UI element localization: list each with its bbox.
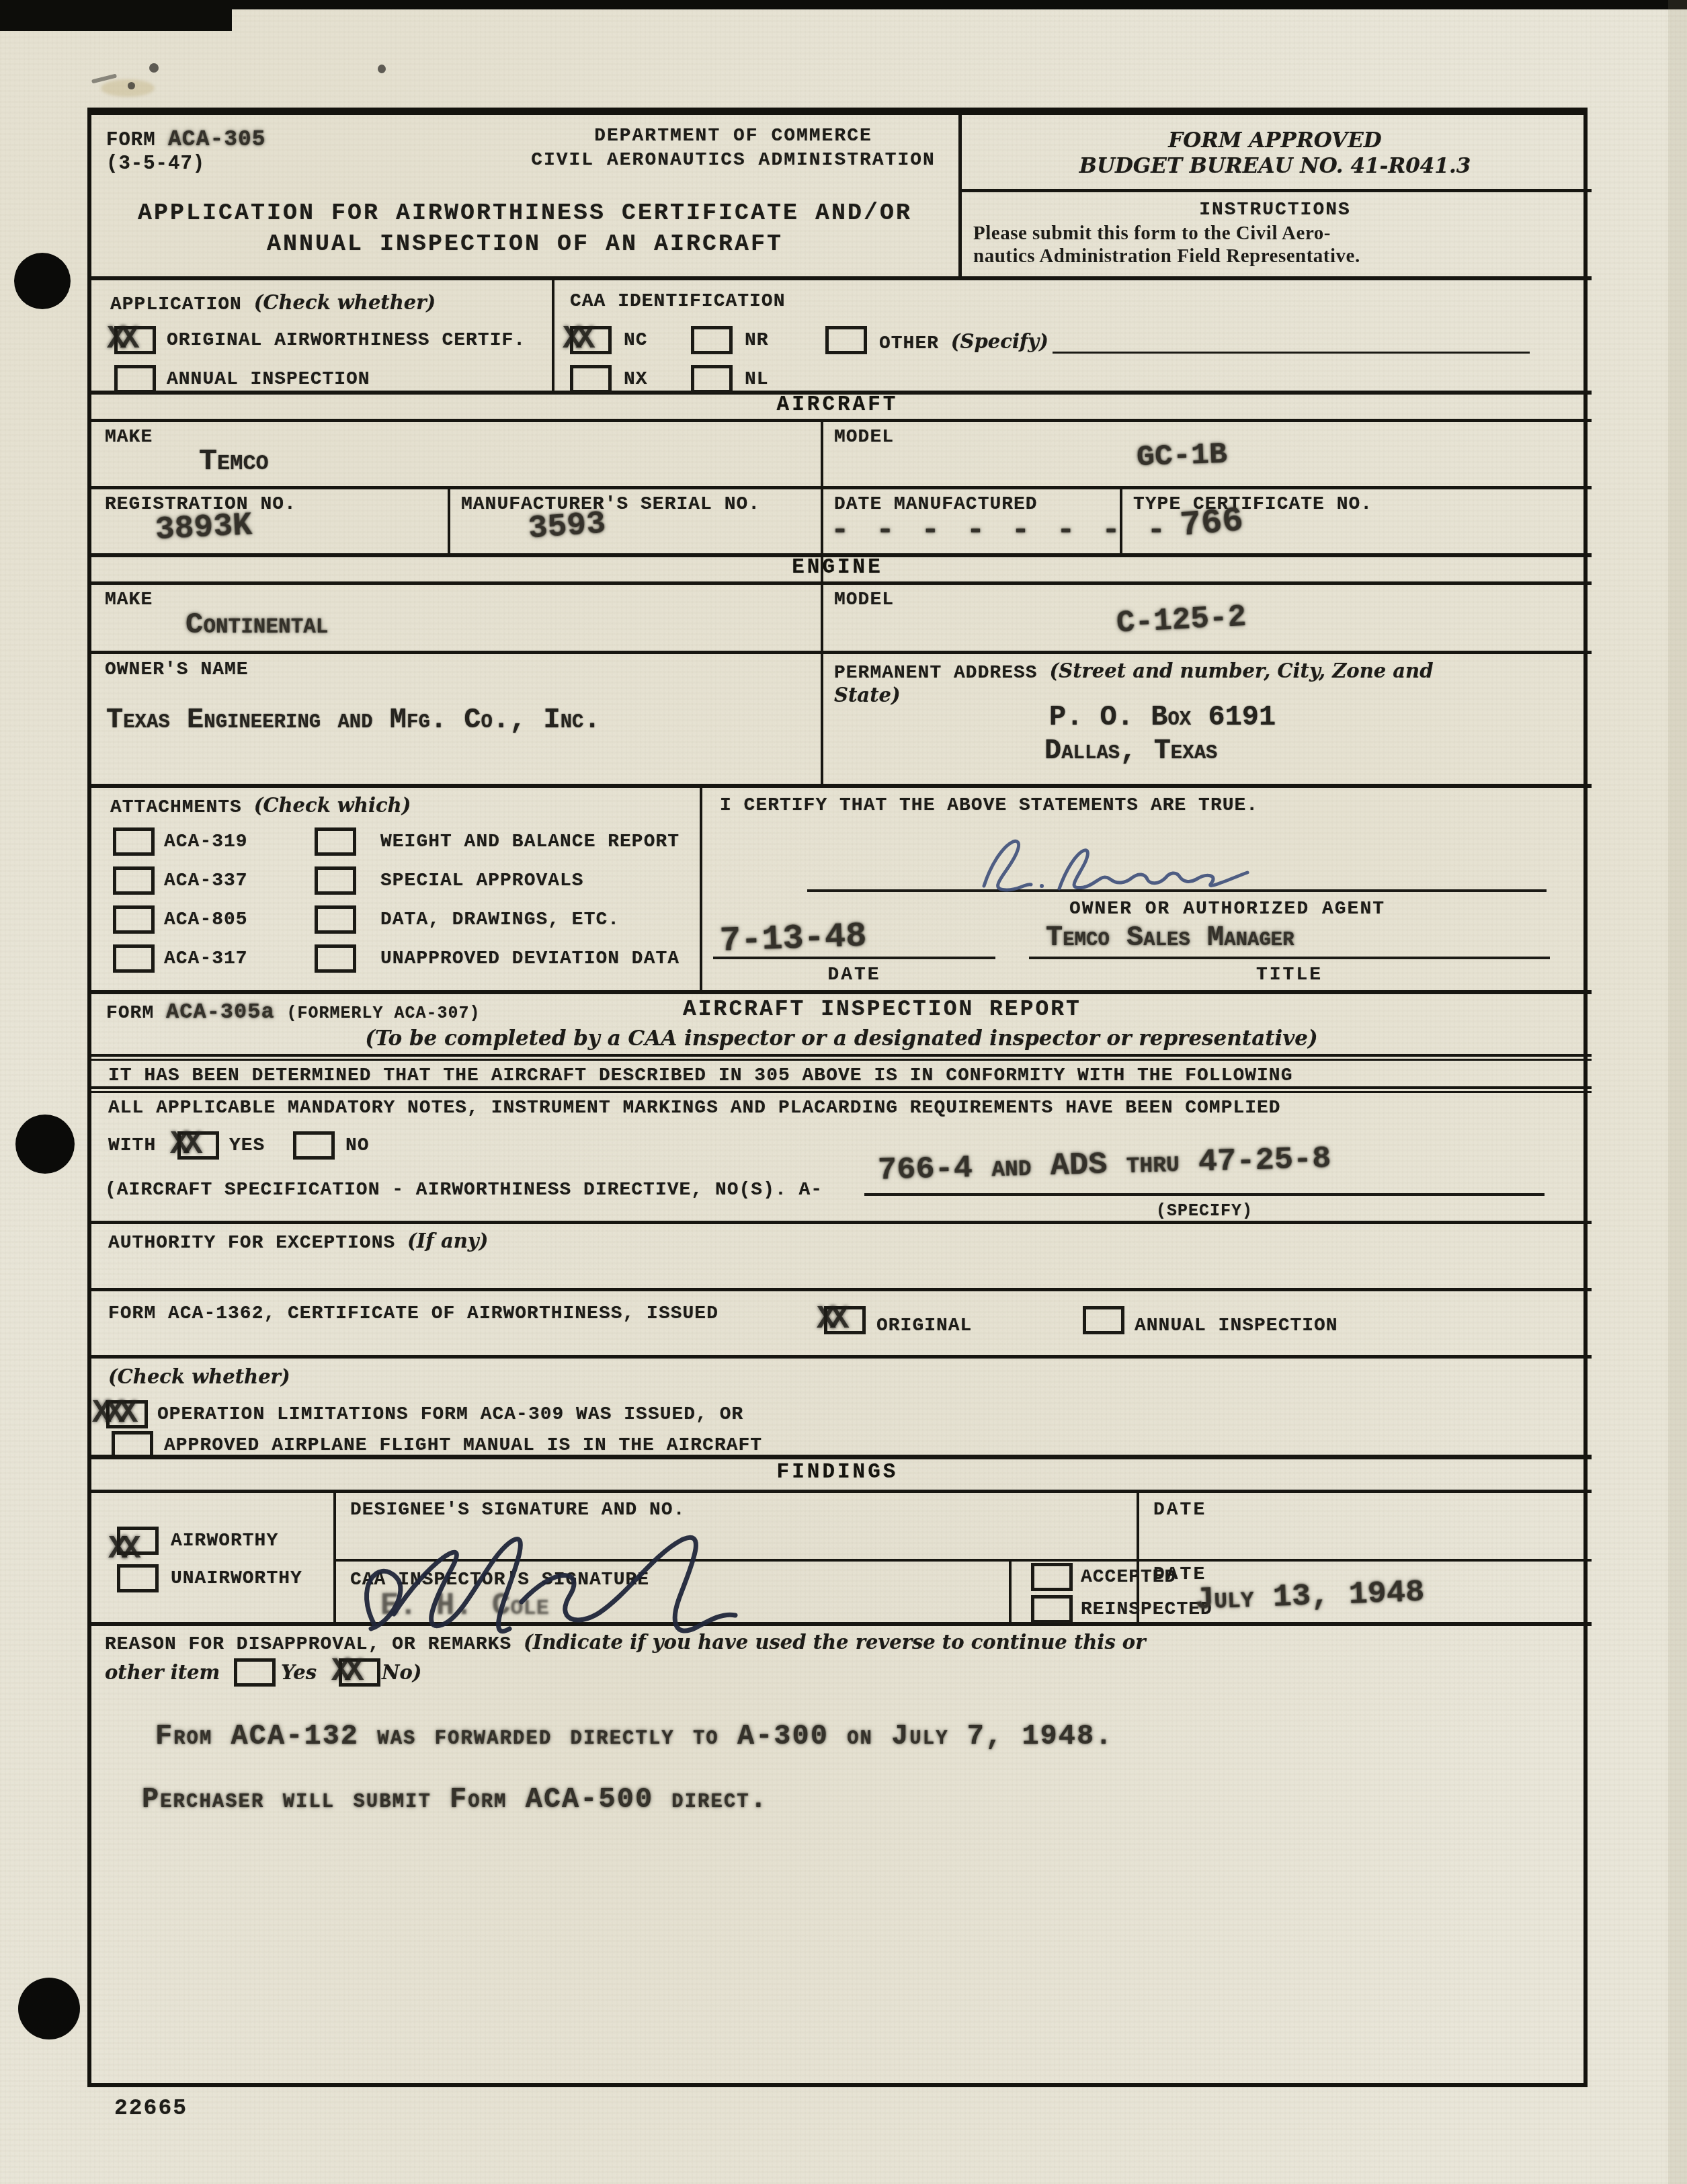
form-prefix-label: FORM xyxy=(106,129,156,151)
engine-make-label: MAKE xyxy=(105,590,153,610)
original-airworthiness-label: ORIGINAL AIRWORTHINESS CERTIF. xyxy=(167,330,526,351)
instructions-line2: nautics Administration Field Representat… xyxy=(973,245,1360,268)
op-limit-checkmark: XXX xyxy=(92,1396,132,1432)
nl-checkbox xyxy=(691,365,733,393)
aca-805-checkbox xyxy=(113,905,155,934)
remarks-yes-checkbox xyxy=(234,1658,276,1687)
findings-top-rule xyxy=(91,1455,1592,1459)
report-double-rule-b xyxy=(91,1059,1592,1061)
owner-address-line1: P. O. Box 6191 xyxy=(1049,701,1276,733)
aircraft-make-label: MAKE xyxy=(105,427,153,448)
date-mfg-value: - - - - - - - - xyxy=(831,513,1169,548)
authority-label: AUTHORITY FOR EXCEPTIONS xyxy=(108,1233,395,1254)
remarks-no-label: No) xyxy=(382,1661,422,1684)
remarks-body-line2: Perchaser will submit Form ACA-500 direc… xyxy=(142,1783,768,1816)
other-specify-line xyxy=(1053,352,1530,354)
other-checkbox xyxy=(825,326,867,354)
original-airworthiness-checkmark: XX xyxy=(107,321,134,358)
determined-statement: IT HAS BEEN DETERMINED THAT THE AIRCRAFT… xyxy=(108,1065,1292,1086)
weight-balance-label: WEIGHT AND BALANCE REPORT xyxy=(380,832,680,852)
aca-337-label: ACA-337 xyxy=(164,871,248,891)
other-label: OTHER xyxy=(879,333,939,354)
aircraft-make-value: Temco xyxy=(199,444,269,479)
airworthy-checkmark: XX xyxy=(108,1531,135,1568)
form-title-line1: APPLICATION FOR AIRWORTHINESS CERTIFICAT… xyxy=(91,200,958,227)
nl-label: NL xyxy=(745,369,769,390)
report-subtitle: (To be completed by a CAA inspector or a… xyxy=(91,1026,1592,1051)
pencil-dot-2 xyxy=(128,82,135,89)
form-border: FORM ACA-305 (3-5-47) DEPARTMENT OF COMM… xyxy=(87,108,1588,2087)
owner-address-label-italic2: State) xyxy=(834,684,901,706)
aca-317-label: ACA-317 xyxy=(164,948,248,969)
department-line1: DEPARTMENT OF COMMERCE xyxy=(508,126,958,147)
special-approvals-checkbox xyxy=(315,866,356,895)
check-whether-label: (Check whether) xyxy=(108,1365,290,1388)
report-formerly: (FORMERLY ACA-307) xyxy=(286,1004,480,1023)
owner-name-label: OWNER'S NAME xyxy=(105,659,249,680)
department-line2: CIVIL AERONAUTICS ADMINISTRATION xyxy=(508,150,958,171)
report-double-rule-a xyxy=(91,1054,1592,1057)
annual-inspection-label: ANNUAL INSPECTION xyxy=(167,369,370,390)
check-whether-top-rule xyxy=(91,1355,1592,1359)
instructions-line1: Please submit this form to the Civil Aer… xyxy=(973,223,1331,245)
aca-319-label: ACA-319 xyxy=(164,832,248,852)
application-divider xyxy=(552,276,554,391)
aca-319-checkbox xyxy=(113,827,155,856)
serial-value: 3593 xyxy=(527,506,607,548)
owner-signature xyxy=(958,824,1268,905)
aircraft-section-title: AIRCRAFT xyxy=(91,393,1583,417)
aca-805-label: ACA-805 xyxy=(164,909,248,930)
punch-hole-bottom xyxy=(18,1978,80,2039)
annual-inspection-checkbox xyxy=(114,365,156,393)
certify-title-value: Temco Sales Manager xyxy=(1046,922,1294,954)
weight-balance-checkbox xyxy=(315,827,356,856)
airworthy-checkbox: XX xyxy=(117,1527,159,1555)
report-form-block: FORM ACA-305a (FORMERLY ACA-307) xyxy=(106,1000,481,1024)
registration-value: 3893K xyxy=(155,508,253,549)
certify-date-label: DATE xyxy=(713,965,995,985)
aca-337-checkbox xyxy=(113,866,155,895)
engine-section-title: ENGINE xyxy=(91,556,1583,579)
aircraft-model-value: GC-1B xyxy=(1136,438,1228,475)
registration-divider-1 xyxy=(448,486,450,553)
aca1362-label: FORM ACA-1362, CERTIFICATE OF AIRWORTHIN… xyxy=(108,1303,718,1324)
nc-checkbox: XX xyxy=(570,326,612,354)
aca-317-checkbox xyxy=(113,944,155,973)
aircraft-center-divider xyxy=(821,419,823,784)
remarks-no-checkbox: XX xyxy=(339,1658,380,1687)
applicable-statement: ALL APPLICABLE MANDATORY NOTES, INSTRUME… xyxy=(108,1098,1281,1119)
application-label: APPLICATION xyxy=(110,294,242,315)
report-form-prefix: FORM xyxy=(106,1003,154,1024)
spec-directive-value: 766-4 and ADS thru 47-25-8 xyxy=(877,1141,1331,1189)
special-approvals-label: SPECIAL APPROVALS xyxy=(380,871,584,891)
nx-checkbox xyxy=(570,365,612,393)
authority-top-rule xyxy=(91,1221,1592,1224)
engine-model-value: C-125-2 xyxy=(1116,600,1247,641)
header-bottom-rule xyxy=(91,276,1592,280)
attachments-top-rule xyxy=(91,784,1592,788)
form-number-block: FORM ACA-305 xyxy=(106,127,266,152)
plate-number: 22665 xyxy=(114,2096,188,2121)
issued-original-label: ORIGINAL xyxy=(876,1316,972,1336)
airworthy-label: AIRWORTHY xyxy=(171,1531,278,1551)
other-label-block: OTHER (Specify) xyxy=(879,330,1048,354)
unairworthy-label: UNAIRWORTHY xyxy=(171,1568,302,1589)
determined-double-rule-b xyxy=(91,1091,1592,1093)
remarks-body-line1: From ACA-132 was forwarded directly to A… xyxy=(155,1720,1113,1752)
type-cert-label: TYPE CERTIFICATE NO. xyxy=(1133,494,1372,515)
certify-statement: I CERTIFY THAT THE ABOVE STATEMENTS ARE … xyxy=(720,795,1258,816)
paper-smudge xyxy=(101,79,155,97)
caa-identification-label: CAA IDENTIFICATION xyxy=(570,291,785,312)
scan-edge-right xyxy=(1668,0,1687,2184)
attachments-divider xyxy=(700,784,702,990)
serial-label: MANUFACTURER'S SERIAL NO. xyxy=(461,494,760,515)
owner-address-label-block: PERMANENT ADDRESS (Street and number, Ci… xyxy=(834,659,1433,684)
certify-title-line xyxy=(1029,957,1550,959)
application-label-block: APPLICATION (Check whether) xyxy=(110,291,436,315)
nr-checkbox xyxy=(691,326,733,354)
form-approved-line1: FORM APPROVED xyxy=(958,128,1592,153)
inspection-date-label: DATE xyxy=(1153,1564,1206,1585)
application-label-italic: (Check whether) xyxy=(254,291,436,314)
aca1362-top-rule xyxy=(91,1288,1592,1291)
reinspected-label: REINSPECTED xyxy=(1081,1599,1212,1620)
aircraft-band-rule xyxy=(91,419,1592,422)
remarks-yes-label: Yes xyxy=(281,1661,317,1684)
scanned-form-page: 22665 FORM ACA-305 (3-5-47) DEPARTMENT O… xyxy=(0,0,1687,2184)
form-approved-line2: BUDGET BUREAU NO. 41-R041.3 xyxy=(958,154,1592,178)
spec-directive-label: (AIRCRAFT SPECIFICATION - AIRWORTHINESS … xyxy=(105,1180,823,1201)
report-top-rule xyxy=(91,990,1592,994)
owner-name-value: Texas Engineering and Mfg. Co., Inc. xyxy=(106,704,601,736)
report-form-number: ACA-305a xyxy=(166,1000,275,1024)
engine-row-rule xyxy=(91,651,1592,654)
issued-original-checkbox: XX xyxy=(824,1306,866,1334)
findings-accepted-divider xyxy=(1009,1559,1012,1622)
issued-original-checkmark: XX xyxy=(817,1301,843,1338)
punch-hole-middle xyxy=(15,1115,75,1174)
remarks-line2-prefix: other item xyxy=(105,1661,220,1684)
complied-yes-checkmark: XX xyxy=(170,1127,197,1163)
findings-band-rule xyxy=(91,1490,1592,1493)
complied-no-label: NO xyxy=(345,1135,370,1156)
punch-hole-top xyxy=(14,253,71,309)
accepted-checkbox xyxy=(1031,1563,1073,1591)
complied-yes-checkbox: XX xyxy=(177,1131,219,1160)
nx-label: NX xyxy=(624,369,648,390)
complied-no-checkbox xyxy=(293,1131,335,1160)
form-date-label: (3-5-47) xyxy=(106,153,205,175)
other-label-italic: (Specify) xyxy=(951,330,1048,353)
nc-label: NC xyxy=(624,330,648,351)
nr-label: NR xyxy=(745,330,769,351)
pencil-dot-1 xyxy=(149,63,159,73)
approved-divider xyxy=(958,189,1592,192)
certify-date-line xyxy=(713,957,995,959)
attachments-label: ATTACHMENTS xyxy=(110,797,242,818)
type-cert-value: 766 xyxy=(1179,501,1245,546)
designee-date-label: DATE xyxy=(1153,1500,1206,1521)
certify-title-label: TITLE xyxy=(1029,965,1550,985)
scan-edge-top xyxy=(0,0,1687,9)
authority-label-italic: (If any) xyxy=(407,1229,488,1252)
reinspected-checkbox xyxy=(1031,1595,1073,1623)
remarks-no-checkmark: XX xyxy=(331,1654,358,1690)
spec-directive-line xyxy=(864,1193,1545,1196)
unairworthy-checkbox xyxy=(117,1564,159,1592)
unapproved-deviation-label: UNAPPROVED DEVIATION DATA xyxy=(380,948,680,969)
engine-model-label: MODEL xyxy=(834,590,894,610)
nc-checkmark: XX xyxy=(563,321,589,358)
op-limit-checkbox: XXX xyxy=(106,1400,148,1428)
findings-section-title: FINDINGS xyxy=(91,1461,1583,1484)
form-title-line2: ANNUAL INSPECTION OF AN AIRCRAFT xyxy=(91,231,958,257)
engine-band-rule xyxy=(91,581,1592,585)
specify-caption: (SPECIFY) xyxy=(864,1201,1545,1221)
flight-manual-label: APPROVED AIRPLANE FLIGHT MANUAL IS IN TH… xyxy=(164,1435,762,1456)
aircraft-model-label: MODEL xyxy=(834,427,894,448)
complied-yes-label: YES xyxy=(229,1135,265,1156)
date-mfg-label: DATE MANUFACTURED xyxy=(834,494,1038,515)
owner-address-line2: Dallas, Texas xyxy=(1044,735,1217,767)
original-airworthiness-checkbox: XX xyxy=(114,326,156,354)
determined-double-rule-a xyxy=(91,1086,1592,1089)
report-title: AIRCRAFT INSPECTION REPORT xyxy=(683,997,1081,1022)
issued-annual-label: ANNUAL INSPECTION xyxy=(1135,1316,1338,1336)
inspector-signature xyxy=(313,1513,797,1654)
scan-edge-top-left xyxy=(0,0,232,31)
op-limit-label: OPERATION LIMITATIONS FORM ACA-309 WAS I… xyxy=(157,1404,743,1425)
aircraft-row-rule xyxy=(91,486,1592,489)
pencil-dot-3 xyxy=(378,65,386,73)
with-label: WITH xyxy=(108,1135,156,1156)
inspection-date-value: July 13, 1948 xyxy=(1194,1575,1425,1619)
certify-date-value: 7-13-48 xyxy=(719,916,867,961)
owner-address-label: PERMANENT ADDRESS xyxy=(834,663,1038,684)
form-number-label: ACA-305 xyxy=(168,127,266,152)
data-drawings-label: DATA, DRAWINGS, ETC. xyxy=(380,909,620,930)
unapproved-deviation-checkbox xyxy=(315,944,356,973)
engine-make-value: Continental xyxy=(186,608,328,642)
attachments-label-italic: (Check which) xyxy=(254,794,411,817)
owner-address-label-italic1: (Street and number, City, Zone and xyxy=(1049,659,1433,682)
authority-label-block: AUTHORITY FOR EXCEPTIONS (If any) xyxy=(108,1229,488,1254)
instructions-title: INSTRUCTIONS xyxy=(958,200,1592,220)
attachments-label-block: ATTACHMENTS (Check which) xyxy=(110,794,411,818)
data-drawings-checkbox xyxy=(315,905,356,934)
issued-annual-checkbox xyxy=(1083,1306,1124,1334)
